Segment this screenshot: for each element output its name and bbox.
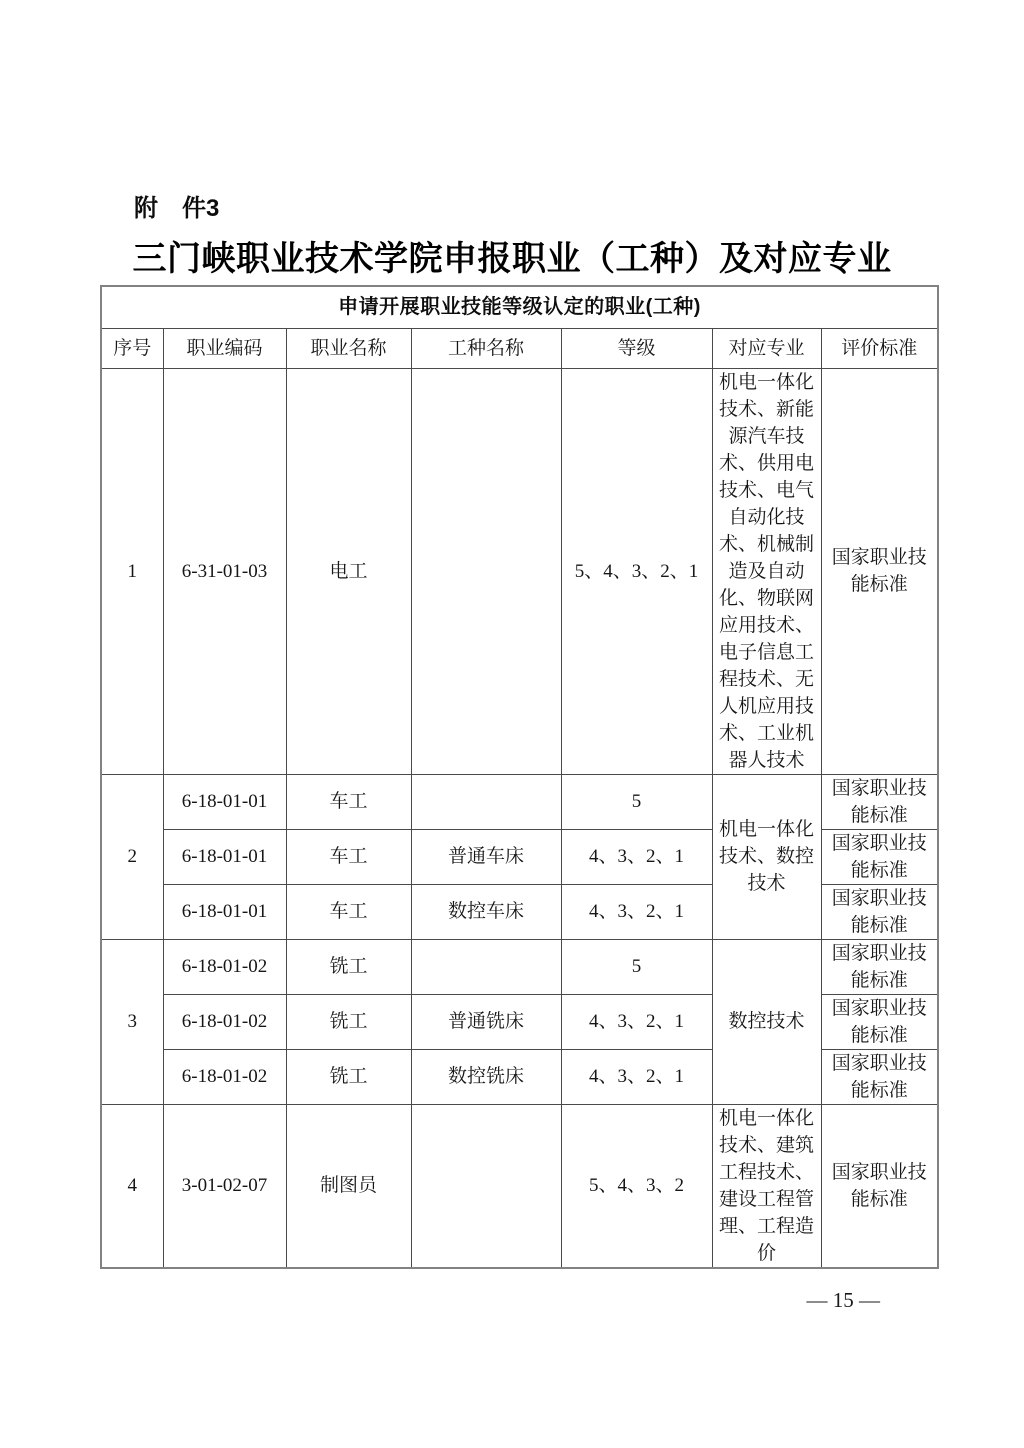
cell-occupation: 车工	[286, 884, 411, 939]
cell-occupation: 制图员	[286, 1104, 411, 1268]
cell-index: 2	[101, 774, 163, 939]
cell-occupation: 铣工	[286, 994, 411, 1049]
table-row: 1 6-31-01-03 电工 5、4、3、2、1 机电一体化技术、新能源汽车技…	[101, 368, 938, 774]
cell-major: 机电一体化技术、新能源汽车技术、供用电技术、电气自动化技术、机械制造及自动化、物…	[712, 368, 821, 774]
cell-index: 1	[101, 368, 163, 774]
table-header-row: 序号 职业编码 职业名称 工种名称 等级 对应专业 评价标准	[101, 328, 938, 368]
cell-major: 机电一体化技术、建筑工程技术、建设工程管理、工程造价	[712, 1104, 821, 1268]
cell-code: 3-01-02-07	[163, 1104, 286, 1268]
cell-standard: 国家职业技能标准	[821, 884, 938, 939]
cell-trade	[411, 368, 561, 774]
cell-levels: 5	[561, 939, 712, 994]
col-header-code: 职业编码	[163, 328, 286, 368]
cell-levels: 4、3、2、1	[561, 884, 712, 939]
occupations-table: 申请开展职业技能等级认定的职业(工种) 序号 职业编码 职业名称 工种名称 等级…	[100, 285, 939, 1269]
cell-major: 机电一体化技术、数控技术	[712, 774, 821, 939]
cell-trade: 普通车床	[411, 829, 561, 884]
cell-code: 6-18-01-02	[163, 939, 286, 994]
page-title: 三门峡职业技术学院申报职业（工种）及对应专业	[0, 231, 1024, 280]
col-header-occupation: 职业名称	[286, 328, 411, 368]
cell-levels: 4、3、2、1	[561, 994, 712, 1049]
table-caption-row: 申请开展职业技能等级认定的职业(工种)	[101, 286, 938, 328]
col-header-standard: 评价标准	[821, 328, 938, 368]
cell-standard: 国家职业技能标准	[821, 829, 938, 884]
table-row: 4 3-01-02-07 制图员 5、4、3、2 机电一体化技术、建筑工程技术、…	[101, 1104, 938, 1268]
cell-standard: 国家职业技能标准	[821, 774, 938, 829]
table-row: 2 6-18-01-01 车工 5 机电一体化技术、数控技术 国家职业技能标准	[101, 774, 938, 829]
cell-code: 6-18-01-01	[163, 884, 286, 939]
cell-code: 6-18-01-01	[163, 829, 286, 884]
cell-levels: 4、3、2、1	[561, 1049, 712, 1104]
page-number: — 15 —	[807, 1288, 881, 1313]
cell-trade	[411, 1104, 561, 1268]
cell-trade: 数控铣床	[411, 1049, 561, 1104]
cell-occupation: 铣工	[286, 939, 411, 994]
cell-code: 6-18-01-01	[163, 774, 286, 829]
table-caption: 申请开展职业技能等级认定的职业(工种)	[101, 286, 938, 328]
table-row: 3 6-18-01-02 铣工 5 数控技术 国家职业技能标准	[101, 939, 938, 994]
cell-code: 6-18-01-02	[163, 1049, 286, 1104]
cell-standard: 国家职业技能标准	[821, 939, 938, 994]
cell-occupation: 车工	[286, 829, 411, 884]
attachment-label: 附 件3	[134, 188, 219, 223]
cell-trade: 普通铣床	[411, 994, 561, 1049]
col-header-trade: 工种名称	[411, 328, 561, 368]
cell-code: 6-18-01-02	[163, 994, 286, 1049]
col-header-index: 序号	[101, 328, 163, 368]
cell-standard: 国家职业技能标准	[821, 1049, 938, 1104]
cell-trade	[411, 939, 561, 994]
cell-major: 数控技术	[712, 939, 821, 1104]
cell-occupation: 铣工	[286, 1049, 411, 1104]
cell-levels: 5、4、3、2、1	[561, 368, 712, 774]
cell-trade: 数控车床	[411, 884, 561, 939]
cell-standard: 国家职业技能标准	[821, 368, 938, 774]
cell-occupation: 车工	[286, 774, 411, 829]
col-header-levels: 等级	[561, 328, 712, 368]
col-header-major: 对应专业	[712, 328, 821, 368]
cell-standard: 国家职业技能标准	[821, 1104, 938, 1268]
cell-levels: 5	[561, 774, 712, 829]
cell-index: 4	[101, 1104, 163, 1268]
cell-levels: 5、4、3、2	[561, 1104, 712, 1268]
cell-trade	[411, 774, 561, 829]
cell-code: 6-31-01-03	[163, 368, 286, 774]
cell-index: 3	[101, 939, 163, 1104]
cell-standard: 国家职业技能标准	[821, 994, 938, 1049]
cell-occupation: 电工	[286, 368, 411, 774]
cell-levels: 4、3、2、1	[561, 829, 712, 884]
